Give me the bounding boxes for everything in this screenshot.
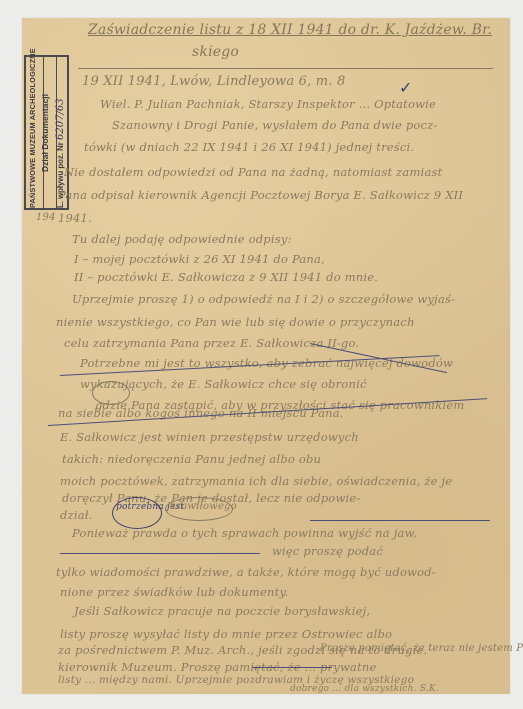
letter-line: nione przez świadków lub dokumenty. [60,585,288,599]
letter-line: Proszę pamiętać, że teraz nie jestem Pan [320,643,523,654]
header-divider [78,68,493,69]
letter-line: tylko wiadomości prawdziwe, a także, któ… [56,565,436,579]
letter-line: takich: niedoręczenia Panu jednej albo o… [62,452,321,466]
letter-line: nienie wszystkiego, co Pan wie lub się d… [56,315,415,329]
letter-line: moich pocztówek, zatrzymania ich dla sie… [60,474,452,488]
letter-line: dobrego ... dla wszystkich. S.K. [290,684,439,694]
header-line-1: Zaświadczenie listu z 18 XII 1941 do dr.… [88,22,492,38]
letter-line: Ponieważ prawda o tych sprawach powinna … [72,526,417,540]
letter-line: dział. [60,508,93,522]
stamp-department: Dział Dokumentacji [40,94,50,172]
letter-line: E. Sałkowicz jest winien przestępstw urz… [60,430,359,444]
letter-line: listy proszę wysyłać listy do mnie przez… [60,627,392,641]
letter-line: II – pocztówki E. Sałkowicza z 9 XII 194… [74,270,378,284]
letter-line: Tu dalej podaję odpowiednie odpisy: [72,232,292,246]
archive-stamp: PAŃSTWOWE MUZEUM ARCHEOLOGICZNE Dział Do… [24,55,69,210]
letter-line: na siebie albo kogoś innego na II miejsc… [58,406,344,420]
letter-line: celu zatrzymania Pana przez E. Sałkowicz… [64,336,359,350]
letter-line: Szanowny i Drogi Panie, wysłałem do Pana… [112,118,438,132]
strike-line [60,553,260,554]
letter-line: I – mojej pocztówki z 26 XI 1941 do Pana… [74,252,325,266]
letter-line: Uprzejmie proszę 1) o odpowiedź na I i 2… [72,292,455,306]
dateline: 19 XII 1941, Lwów, Lindleyowa 6, m. 8 [82,74,345,89]
strike-line [310,520,490,521]
check-mark-icon: ✓ [399,78,412,97]
margin-note: 194 [36,212,56,223]
strike-line [252,667,332,668]
letter-line: Nie dostałem odpowiedzi od Pana na żadną… [64,165,442,179]
letter-line: tówki (w dniach 22 IX 1941 i 26 XI 1941)… [84,140,414,154]
letter-line: więc proszę podać [272,544,383,558]
letter-line: 1941. [58,211,92,225]
header-line-2: skiego [192,44,239,60]
addressee: Wiel. P. Julian Pachniak, Starszy Inspek… [100,97,436,111]
letter-line: Jeśli Sałkowicz pracuje na poczcie borys… [74,604,370,618]
letter-line: Pana odpisał kierownik Agencji Pocztowej… [58,188,463,202]
stamp-entry-number: 6207/63 [55,98,66,140]
stamp-institution: PAŃSTWOWE MUZEUM ARCHEOLOGICZNE [28,48,37,208]
circled-annotation [92,381,130,405]
circled-word: krawiłowego [170,501,237,512]
